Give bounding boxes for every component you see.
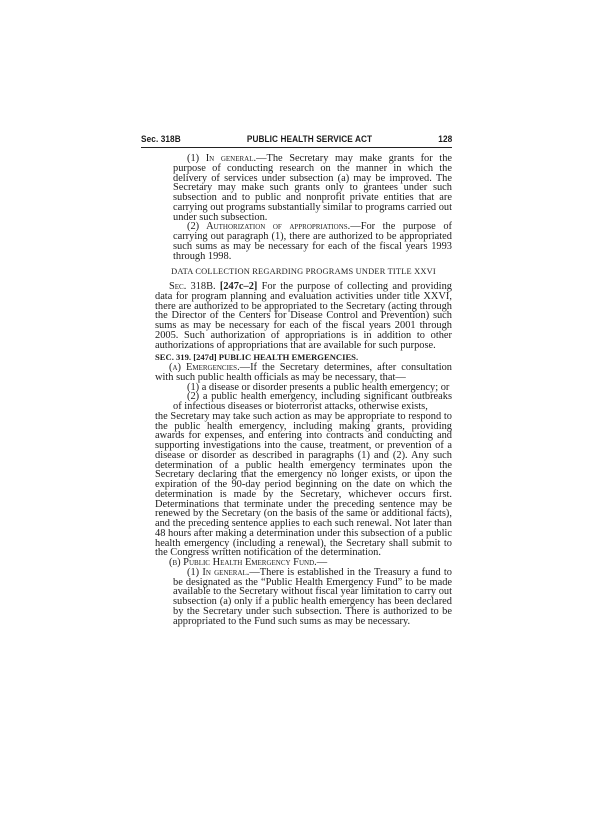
section-318b-body: For the purpose of collecting and provid… [155,281,452,351]
paragraph-2: (2) Authorization of appropriations.—For… [173,222,452,261]
paragraph-1: (1) In general.—The Secretary may make g… [173,154,452,222]
subsection-b-paragraphs: (1) In general.—There is established in … [155,568,452,627]
subsection-a-item-2: (2) a public health emergency, including… [173,392,452,412]
running-head: Sec. 318B PUBLIC HEALTH SERVICE ACT 128 [141,134,452,146]
subsection-a-continuation: the Secretary may take such action as ma… [155,412,452,558]
page-body: (1) In general.—The Secretary may make g… [141,154,452,626]
subsection-a-items: (1) a disease or disorder presents a pub… [155,383,452,412]
act-title: PUBLIC HEALTH SERVICE ACT [247,134,372,146]
section-number: Sec. 318B [141,134,181,146]
subsection-b1-text: —There is established in the Treasury a … [173,567,452,627]
section-318b-heading: DATA COLLECTION REGARDING PROGRAMS UNDER… [155,267,452,277]
subsection-a-intro: (a) Emergencies.—If the Secretary determ… [155,363,452,383]
page-number: 128 [438,134,452,146]
section-318b-text: Sec. 318B. [247c–2] For the purpose of c… [155,282,452,350]
subsection-b-paragraph-1: (1) In general.—There is established in … [173,568,452,627]
paragraph-1-text: —The Secretary may make grants for the p… [173,153,452,223]
document-page: Sec. 318B PUBLIC HEALTH SERVICE ACT 128 … [141,134,452,626]
prior-section-tail: (1) In general.—The Secretary may make g… [155,154,452,261]
header-rule [141,147,452,148]
